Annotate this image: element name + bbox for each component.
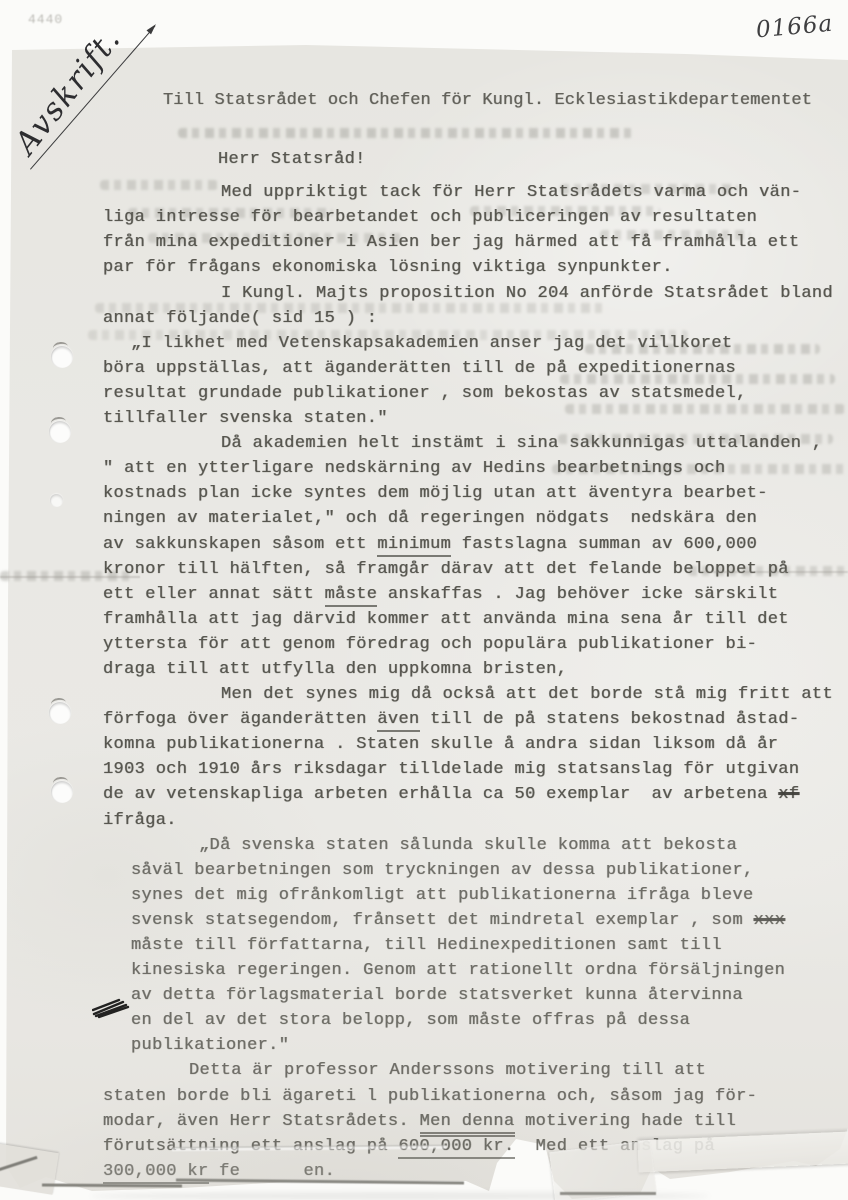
document-line: framhålla att jag därvid kommer att anvä… — [103, 607, 823, 632]
faint-stamp-number: 4440 — [28, 12, 63, 27]
document-line: par för frågans ekonomiska lösning vikti… — [103, 255, 823, 280]
document-line: Detta är professor Anderssons motivering… — [103, 1058, 823, 1083]
tear-edge — [560, 1192, 656, 1195]
document-line: modar, även Herr Statsrådets. Men denna … — [103, 1109, 823, 1134]
document-line: " att en ytterligare nedskärning av Hedi… — [103, 456, 823, 481]
margin-scribble — [92, 997, 132, 1019]
document-line: en del av det stora belopp, som måste of… — [103, 1008, 823, 1033]
document-line: förfoga över äganderätten även till de p… — [103, 707, 823, 732]
document-line: de av vetenskapliga arbeten erhålla ca 5… — [103, 782, 823, 807]
document-line: publikationer." — [103, 1033, 823, 1058]
document-line: Då akademien helt instämt i sina sakkunn… — [103, 431, 823, 456]
punch-hole — [49, 421, 71, 443]
punch-hole — [51, 346, 73, 368]
document-line: böra uppställas, att äganderätten till d… — [103, 356, 823, 381]
punch-hole — [50, 494, 63, 507]
salutation: Herr Statsråd! — [103, 147, 823, 172]
document-line: av sakkunskapen såsom ett minimum fastsl… — [103, 532, 823, 557]
document-line: såväl bearbetningen som tryckningen av d… — [103, 858, 823, 883]
document-line: I Kungl. Majts proposition No 204 anförd… — [103, 281, 823, 306]
document-title: Till Statsrådet och Chefen för Kungl. Ec… — [103, 88, 823, 113]
document-lines: Med uppriktigt tack för Herr Statsrådets… — [103, 180, 823, 1184]
document-line: av detta förlagsmaterial borde statsverk… — [103, 983, 823, 1008]
document-body: Till Statsrådet och Chefen för Kungl. Ec… — [103, 88, 823, 1184]
document-line: från mina expeditioner i Asien ber jag h… — [103, 230, 823, 255]
document-line: staten borde bli ägareti l publikationer… — [103, 1084, 823, 1109]
document-line: synes det mig ofrånkomligt att publikati… — [103, 883, 823, 908]
document-line: tillfaller svenska staten." — [103, 406, 823, 431]
document-line: svensk statsegendom, frånsett det mindre… — [103, 908, 823, 933]
punch-hole — [49, 702, 71, 724]
document-line: måste till författarna, till Hedinexpedi… — [103, 933, 823, 958]
document-line: ifråga. — [103, 808, 823, 833]
torn-corner — [0, 1143, 59, 1194]
document-line: resultat grundade publikationer , som be… — [103, 381, 823, 406]
fold-crease — [700, 571, 848, 573]
document-line: „I likhet med Vetenskapsakademien anser … — [103, 331, 823, 356]
fold-crease — [0, 576, 140, 578]
document-line: ningen av materialet," och då regeringen… — [103, 506, 823, 531]
tear-edge — [42, 1184, 182, 1188]
document-line: Men det synes mig då också att det borde… — [103, 682, 823, 707]
punch-hole — [51, 781, 73, 803]
document-line: yttersta för att genom föredrag och popu… — [103, 632, 823, 657]
document-line: 1903 och 1910 års riksdagar tilldelade m… — [103, 757, 823, 782]
document-line: annat följande( sid 15 ) : — [103, 306, 823, 331]
document-line: kronor till hälften, så framgår därav at… — [103, 557, 823, 582]
document-line: ett eller annat sätt måste anskaffas . J… — [103, 582, 823, 607]
document-line: „Då svenska staten sålunda skulle komma … — [103, 833, 823, 858]
document-line: kinesiska regeringen. Genom att rationel… — [103, 958, 823, 983]
archive-number: 0166a — [755, 11, 834, 44]
document-line: komna publikationerna . Staten skulle å … — [103, 732, 823, 757]
document-line: Med uppriktigt tack för Herr Statsrådets… — [103, 180, 823, 205]
document-line: draga till att utfylla den uppkomna bris… — [103, 657, 823, 682]
document-line: liga intresse för bearbetandet och publi… — [103, 205, 823, 230]
document-line: kostnads plan icke syntes dem möjlig uta… — [103, 481, 823, 506]
